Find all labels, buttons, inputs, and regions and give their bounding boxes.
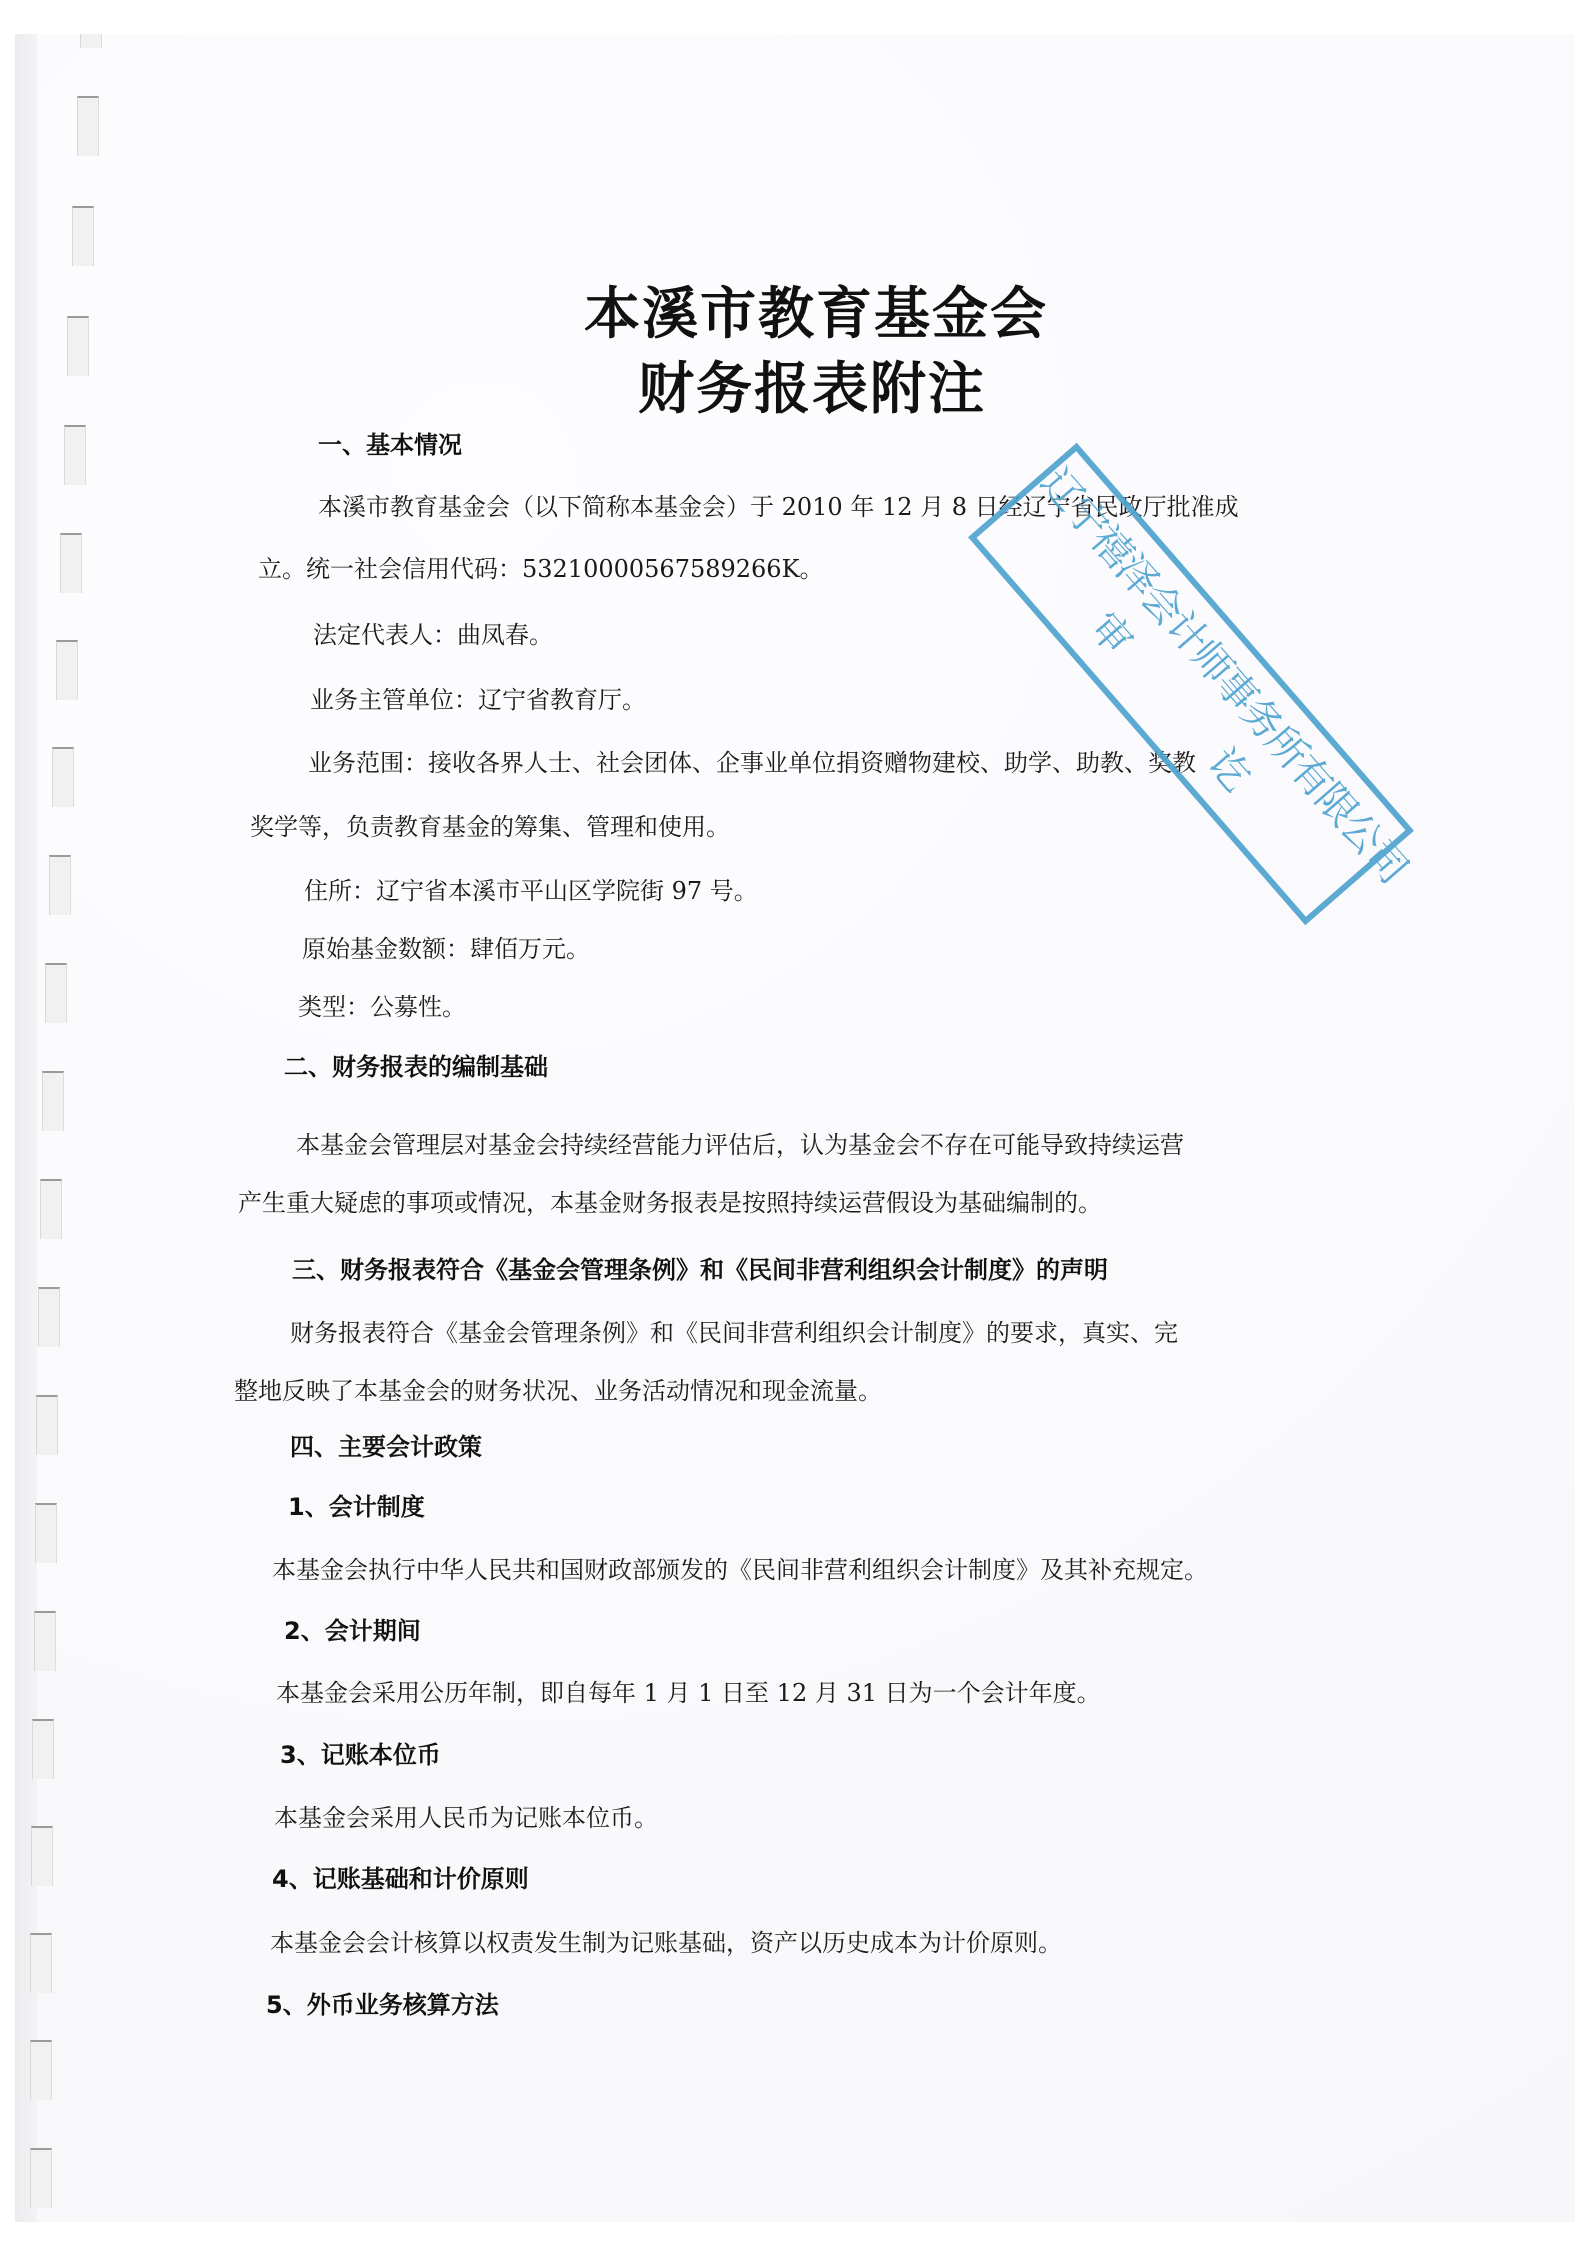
policy-body-accounting-period: 本基金会采用公历年制，即自每年 1 月 1 日至 12 月 31 日为一个会计年…: [276, 1678, 1101, 1708]
binder-slot-icon: [34, 1611, 56, 1671]
binder-slot-icon: [80, 34, 102, 48]
original-fund-amount: 原始基金数额：肆佰万元。: [302, 934, 590, 964]
binder-slot-icon: [64, 425, 86, 485]
policy-heading-accounting-basis: 4、记账基础和计价原则: [272, 1864, 529, 1894]
binder-slot-icon: [60, 533, 82, 593]
foundation-type: 类型：公募性。: [298, 992, 466, 1022]
policy-heading-accounting-system: 1、会计制度: [288, 1492, 425, 1522]
binder-slot-icon: [30, 1933, 52, 1993]
binder-slot-icon: [30, 2148, 52, 2208]
scanned-document: 本溪市教育基金会 财务报表附注 一、基本情况 本溪市教育基金会（以下简称本基金会…: [0, 0, 1586, 2242]
policy-heading-foreign-currency: 5、外币业务核算方法: [266, 1990, 499, 2020]
policy-body-accounting-basis: 本基金会会计核算以权责发生制为记账基础，资产以历史成本为计价原则。: [270, 1928, 1062, 1958]
section3-body-line1: 财务报表符合《基金会管理条例》和《民间非营利组织会计制度》的要求，真实、完: [290, 1318, 1178, 1348]
binder-slot-icon: [31, 1826, 53, 1886]
stamp-mark-left: 审: [1081, 605, 1140, 664]
binder-slot-icon: [32, 1719, 54, 1779]
binder-slot-icon: [49, 855, 71, 915]
binder-slot-icon: [52, 747, 74, 807]
section-heading-basis-of-preparation: 二、财务报表的编制基础: [284, 1052, 548, 1082]
binder-slot-icon: [40, 1179, 62, 1239]
binder-slot-icon: [72, 206, 94, 266]
section2-body-line1: 本基金会管理层对基金会持续经营能力评估后，认为基金会不存在可能导致持续运营: [296, 1130, 1184, 1160]
binder-slot-icon: [67, 316, 89, 376]
section-heading-basic-info: 一、基本情况: [318, 430, 462, 460]
policy-body-functional-currency: 本基金会采用人民币为记账本位币。: [274, 1803, 658, 1833]
binder-slot-icon: [56, 640, 78, 700]
binder-slot-icon: [42, 1071, 64, 1131]
section-heading-compliance-statement: 三、财务报表符合《基金会管理条例》和《民间非营利组织会计制度》的声明: [292, 1255, 1108, 1285]
section1-intro-line2: 立。统一社会信用代码：53210000567589266K。: [258, 554, 824, 584]
binder-slot-icon: [35, 1503, 57, 1563]
policy-heading-accounting-period: 2、会计期间: [284, 1616, 421, 1646]
binder-slot-icon: [30, 2040, 52, 2100]
policy-body-accounting-system: 本基金会执行中华人民共和国财政部颁发的《民间非营利组织会计制度》及其补充规定。: [272, 1555, 1208, 1585]
legal-representative: 法定代表人：曲凤春。: [313, 620, 553, 650]
binder-slot-icon: [45, 963, 67, 1023]
page-binding-edge: [15, 34, 37, 2222]
binder-slot-icon: [36, 1395, 58, 1455]
binder-slot-icon: [77, 96, 99, 156]
supervising-unit: 业务主管单位：辽宁省教育厅。: [310, 685, 646, 715]
policy-heading-functional-currency: 3、记账本位币: [280, 1740, 441, 1770]
address: 住所：辽宁省本溪市平山区学院街 97 号。: [304, 876, 758, 906]
document-title-line2: 财务报表附注: [638, 358, 986, 422]
business-scope-line2: 奖学等，负责教育基金的筹集、管理和使用。: [250, 812, 730, 842]
section2-body-line2: 产生重大疑虑的事项或情况，本基金财务报表是按照持续运营假设为基础编制的。: [238, 1188, 1102, 1218]
business-scope-line1: 业务范围：接收各界人士、社会团体、企事业单位捐资赠物建校、助学、助教、奖教: [308, 748, 1196, 778]
binder-slot-icon: [38, 1287, 60, 1347]
stamp-mark-right: 讫: [1199, 741, 1258, 800]
document-title-line1: 本溪市教育基金会: [584, 283, 1048, 347]
section3-body-line2: 整地反映了本基金会的财务状况、业务活动情况和现金流量。: [234, 1376, 882, 1406]
section-heading-accounting-policies: 四、主要会计政策: [290, 1432, 482, 1462]
